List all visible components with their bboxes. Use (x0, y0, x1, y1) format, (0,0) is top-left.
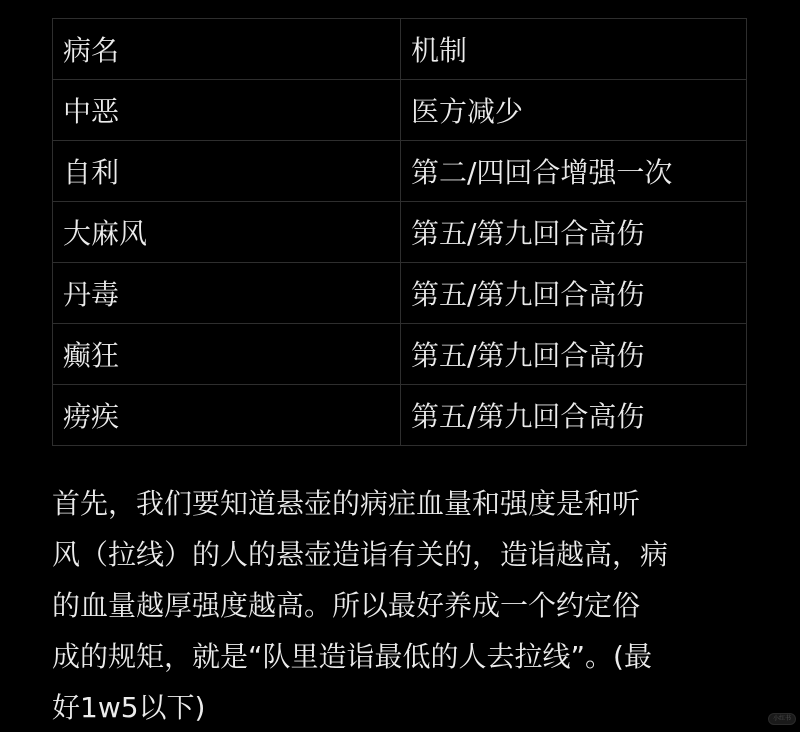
cell-mechanism: 第五/第九回合高伤 (401, 324, 747, 385)
cell-disease: 中恶 (53, 80, 401, 141)
paragraph-line: 风（拉线）的人的悬壶造诣有关的，造诣越高，病 (52, 529, 752, 580)
table-row: 癫狂 第五/第九回合高伤 (53, 324, 747, 385)
paragraph-line: 成的规矩，就是“队里造诣最低的人去拉线”。(最 (52, 631, 752, 682)
paragraph-line: 的血量越厚强度越高。所以最好养成一个约定俗 (52, 580, 752, 631)
cell-disease: 丹毒 (53, 263, 401, 324)
table-row: 自利 第二/四回合增强一次 (53, 141, 747, 202)
cell-mechanism: 第五/第九回合高伤 (401, 263, 747, 324)
cell-disease: 自利 (53, 141, 401, 202)
cell-disease: 癫狂 (53, 324, 401, 385)
cell-mechanism: 第五/第九回合高伤 (401, 202, 747, 263)
table-row: 丹毒 第五/第九回合高伤 (53, 263, 747, 324)
paragraph-line: 首先，我们要知道悬壶的病症血量和强度是和听 (52, 478, 752, 529)
table-row: 大麻风 第五/第九回合高伤 (53, 202, 747, 263)
disease-mechanism-table: 病名 机制 中恶 医方减少 自利 第二/四回合增强一次 大麻风 第五/第九回合高… (52, 18, 747, 446)
cell-mechanism: 第五/第九回合高伤 (401, 385, 747, 446)
paragraph-line: 好1w5以下) (52, 682, 752, 732)
cell-mechanism: 医方减少 (401, 80, 747, 141)
explanation-paragraph: 首先，我们要知道悬壶的病症血量和强度是和听 风（拉线）的人的悬壶造诣有关的，造诣… (52, 478, 752, 732)
header-disease-name: 病名 (53, 19, 401, 80)
header-mechanism: 机制 (401, 19, 747, 80)
cell-disease: 大麻风 (53, 202, 401, 263)
cell-disease: 痨疾 (53, 385, 401, 446)
cell-mechanism: 第二/四回合增强一次 (401, 141, 747, 202)
table-row: 中恶 医方减少 (53, 80, 747, 141)
table-header-row: 病名 机制 (53, 19, 747, 80)
watermark-badge: 小红书 (768, 713, 796, 725)
table-row: 痨疾 第五/第九回合高伤 (53, 385, 747, 446)
